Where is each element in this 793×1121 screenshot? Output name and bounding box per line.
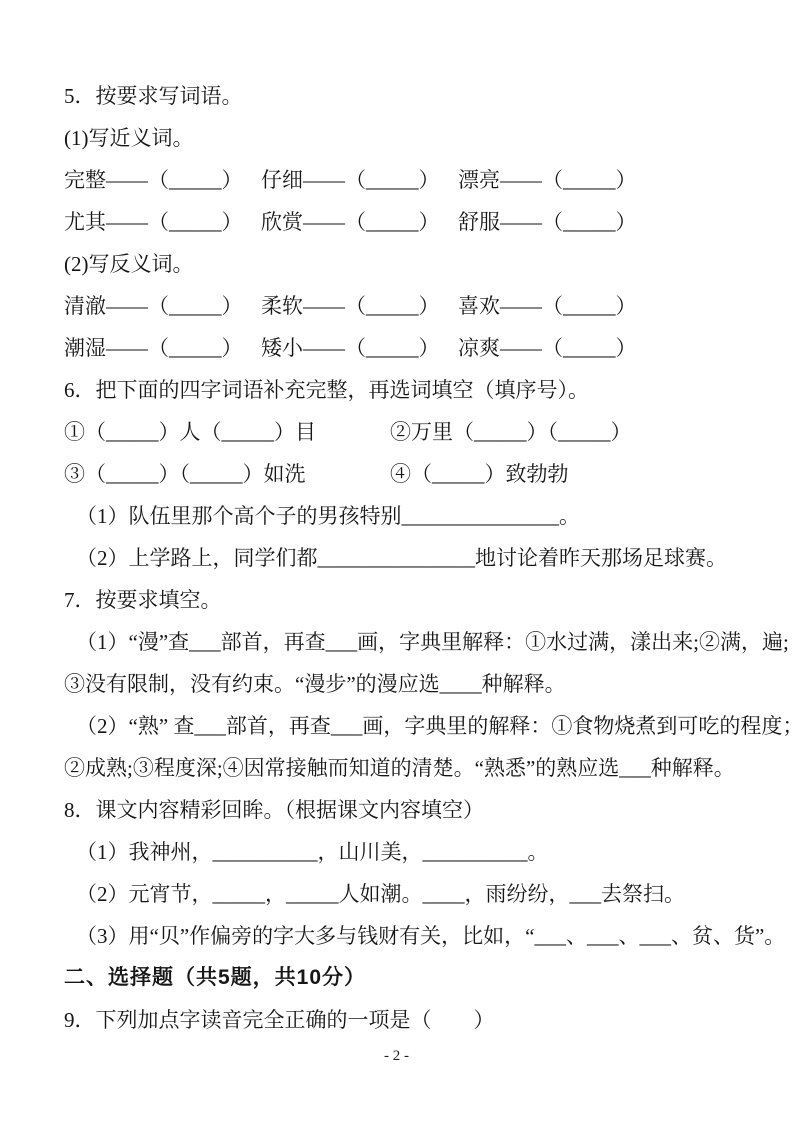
synonym-pair: 欣赏——（_____） xyxy=(261,208,458,236)
q6-title: 6．把下面的四字词语补充完整，再选词填空（填序号）。 xyxy=(64,376,737,404)
q6-fill-1: （1）队伍里那个高个子的男孩特别_______________。 xyxy=(64,502,737,530)
q6-idiom-row-1: ①（_____）人（_____）目 ②万里（_____）（_____） xyxy=(64,418,737,446)
q7-part2-line2: ②成熟;③程度深;④因常接触而知道的清楚。“熟悉”的熟应选___种解释。 xyxy=(64,754,737,782)
exam-page: 5．按要求写词语。 (1)写近义词。 完整——（_____） 仔细——（____… xyxy=(0,0,793,1121)
page-number: - 2 - xyxy=(0,1048,793,1065)
q9-title: 9．下列加点字读音完全正确的一项是（ ） xyxy=(64,1006,737,1034)
synonym-pair: 舒服——（_____） xyxy=(458,208,637,236)
q8-item-3: （3）用“贝”作偏旁的字大多与钱财有关，比如，“___、___、___、贫、货”… xyxy=(64,922,737,950)
q6-idiom-row-2: ③（_____）（_____）如洗 ④（_____）致勃勃 xyxy=(64,460,737,488)
q8-item-2: （2）元宵节，_____，_____人如潮。____，雨纷纷，___去祭扫。 xyxy=(64,880,737,908)
antonym-pair: 潮湿——（_____） xyxy=(64,334,261,362)
q8-title: 8．课文内容精彩回眸。（根据课文内容填空） xyxy=(64,796,737,824)
q5-part2-label: (2)写反义词。 xyxy=(64,250,737,278)
q7-part2-line1: （2）“熟” 查___部首，再查___画，字典里的解释：①食物烧煮到可吃的程度； xyxy=(64,712,737,740)
q5-part1-label: (1)写近义词。 xyxy=(64,124,737,152)
q8-item-1: （1）我神州，__________，山川美，__________。 xyxy=(64,838,737,866)
antonym-pair: 清澈——（_____） xyxy=(64,292,261,320)
synonym-pair: 仔细——（_____） xyxy=(261,166,458,194)
q7-part1-line1: （1）“漫”查___部首，再查___画，字典里解释：①水过满，漾出来;②满，遍; xyxy=(64,628,737,656)
q5-title: 5．按要求写词语。 xyxy=(64,82,737,110)
synonym-pair: 完整——（_____） xyxy=(64,166,261,194)
idiom-blank: ②万里（_____）（_____） xyxy=(390,418,632,446)
antonym-pair: 凉爽——（_____） xyxy=(458,334,637,362)
q7-title: 7．按要求填空。 xyxy=(64,586,737,614)
idiom-blank: ③（_____）（_____）如洗 xyxy=(64,460,390,488)
q5-antonym-row-2: 潮湿——（_____） 矮小——（_____） 凉爽——（_____） xyxy=(64,334,737,362)
q5-antonym-row-1: 清澈——（_____） 柔软——（_____） 喜欢——（_____） xyxy=(64,292,737,320)
antonym-pair: 喜欢——（_____） xyxy=(458,292,637,320)
q5-synonym-row-2: 尤其——（_____） 欣赏——（_____） 舒服——（_____） xyxy=(64,208,737,236)
synonym-pair: 尤其——（_____） xyxy=(64,208,261,236)
synonym-pair: 漂亮——（_____） xyxy=(458,166,637,194)
q7-part1-line2: ③没有限制，没有约束。“漫步”的漫应选____种解释。 xyxy=(64,670,737,698)
q5-synonym-row-1: 完整——（_____） 仔细——（_____） 漂亮——（_____） xyxy=(64,166,737,194)
antonym-pair: 柔软——（_____） xyxy=(261,292,458,320)
idiom-blank: ④（_____）致勃勃 xyxy=(390,460,569,488)
idiom-blank: ①（_____）人（_____）目 xyxy=(64,418,390,446)
section2-title: 二、选择题（共5题，共10分） xyxy=(64,964,737,992)
antonym-pair: 矮小——（_____） xyxy=(261,334,458,362)
q6-fill-2: （2）上学路上，同学们都_______________地讨论着昨天那场足球赛。 xyxy=(64,544,737,572)
